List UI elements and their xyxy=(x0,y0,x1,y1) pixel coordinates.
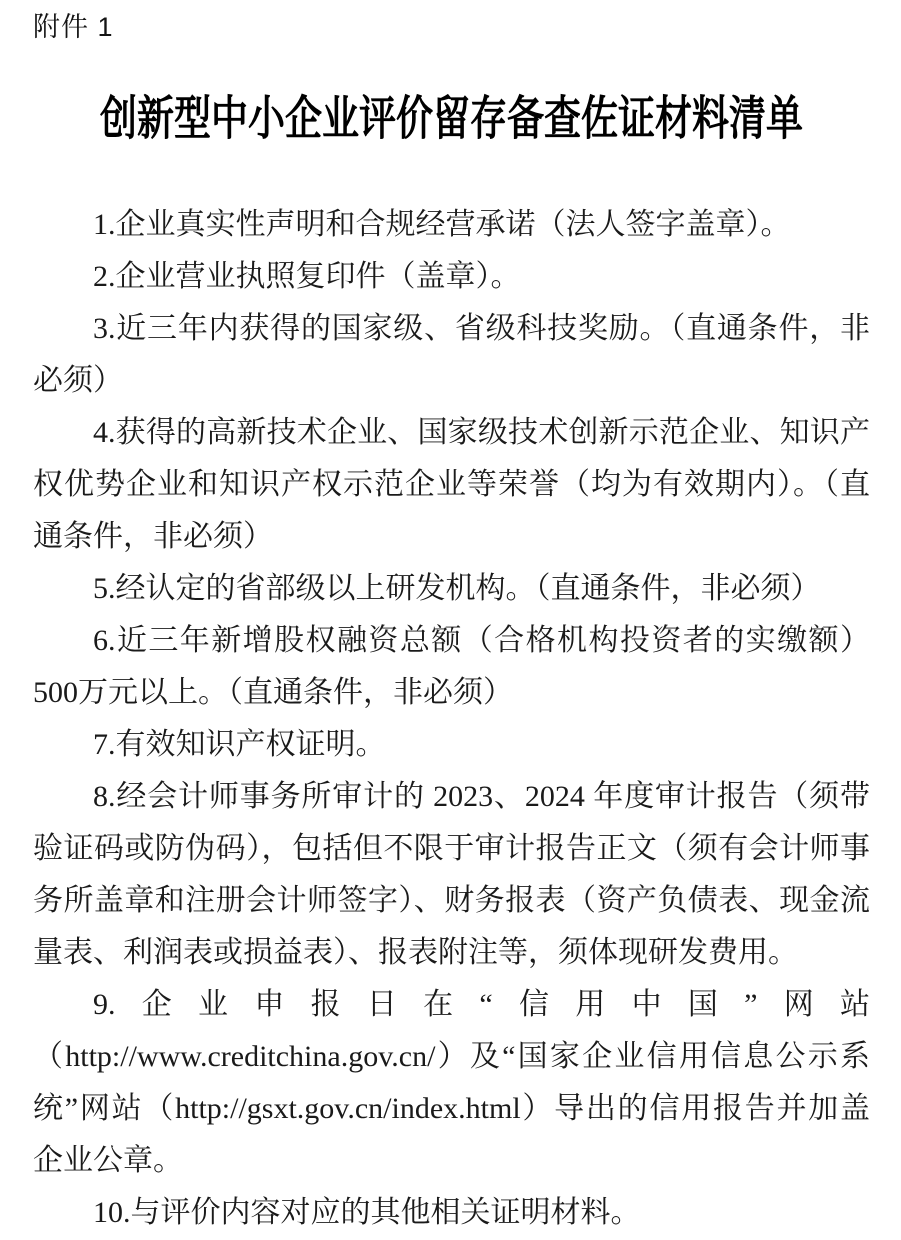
list-item-9: 9.企业申报日在“信用中国”网站（http://www.creditchina.… xyxy=(33,979,870,1187)
attachment-label: 附件 1 xyxy=(33,10,870,44)
list-item-6: 6.近三年新增股权融资总额（合格机构投资者的实缴额）500万元以上。（直通条件，… xyxy=(33,615,870,719)
list-item-8: 8.经会计师事务所审计的 2023、2024 年度审计报告（须带验证码或防伪码）… xyxy=(33,771,870,979)
list-item-5: 5.经认定的省部级以上研发机构。（直通条件，非必须） xyxy=(33,563,870,615)
list-item-1: 1.企业真实性声明和合规经营承诺（法人签字盖章）。 xyxy=(33,199,870,251)
document-body: 1.企业真实性声明和合规经营承诺（法人签字盖章）。 2.企业营业执照复印件（盖章… xyxy=(33,199,870,1239)
document-title: 创新型中小企业评价留存备查佐证材料清单 xyxy=(33,87,870,151)
list-item-7: 7.有效知识产权证明。 xyxy=(33,719,870,771)
list-item-4: 4.获得的高新技术企业、国家级技术创新示范企业、知识产权优势企业和知识产权示范企… xyxy=(33,407,870,563)
list-item-3: 3.近三年内获得的国家级、省级科技奖励。（直通条件，非必须） xyxy=(33,303,870,407)
document-page: 附件 1 创新型中小企业评价留存备查佐证材料清单 1.企业真实性声明和合规经营承… xyxy=(0,0,901,1240)
list-item-2: 2.企业营业执照复印件（盖章）。 xyxy=(33,251,870,303)
list-item-10: 10.与评价内容对应的其他相关证明材料。 xyxy=(33,1187,870,1239)
